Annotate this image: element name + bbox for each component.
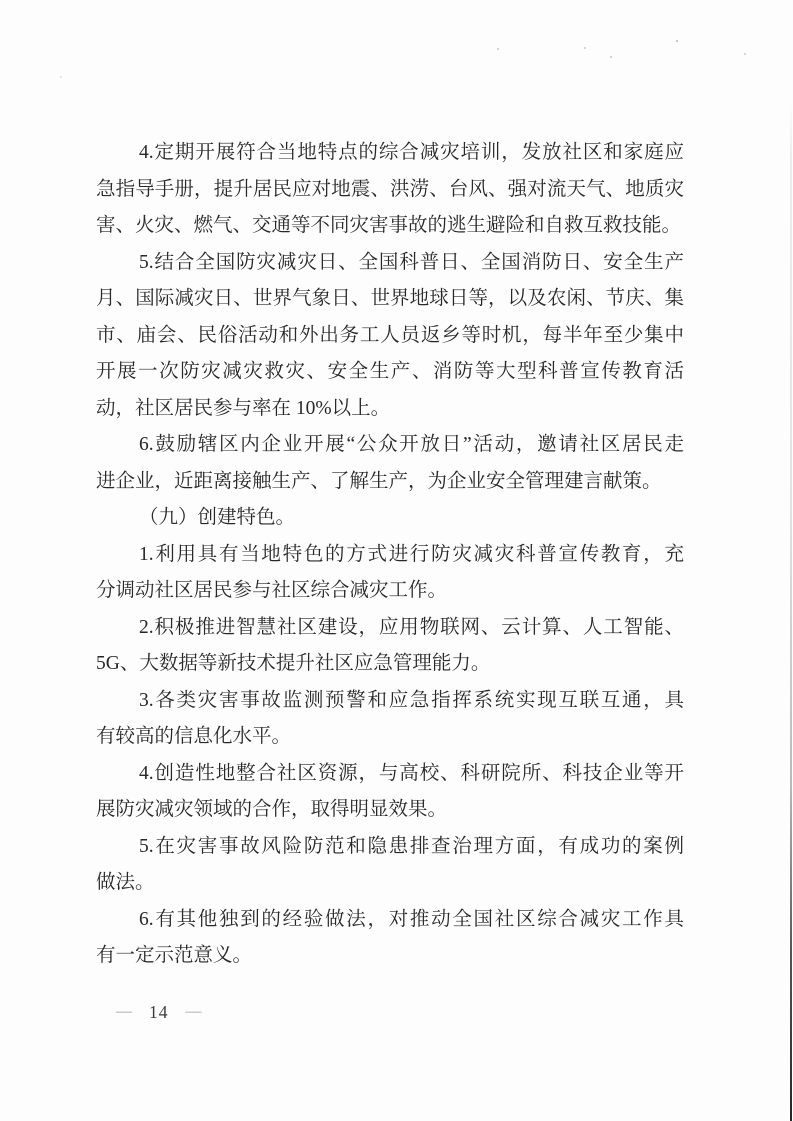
text-line: 分调动社区居民参与社区综合减灾工作。 <box>96 573 684 610</box>
text-line: 4.创造性地整合社区资源，与高校、科研院所、科技企业等开 <box>96 756 684 793</box>
text-line: 5.结合全国防灾减灾日、全国科普日、全国消防日、安全生产 <box>96 245 684 282</box>
text-line: 有较高的信息化水平。 <box>96 719 684 756</box>
paragraph: 6.有其他独到的经验做法，对推动全国社区综合减灾工作具有一定示范意义。 <box>96 902 684 975</box>
text-line: （九）创建特色。 <box>96 500 684 537</box>
paragraph: 6.鼓励辖区内企业开展“公众开放日”活动，邀请社区居民走进企业，近距离接触生产、… <box>96 427 684 500</box>
text-line: 6.鼓励辖区内企业开展“公众开放日”活动，邀请社区居民走 <box>96 427 684 464</box>
text-line: 有一定示范意义。 <box>96 938 684 975</box>
page-number: 14 <box>149 1000 169 1024</box>
page-footer: — 14 — <box>116 1000 202 1024</box>
paragraph: 5.在灾害事故风险防范和隐患排查治理方面，有成功的案例做法。 <box>96 829 684 902</box>
scan-speckle <box>610 56 612 58</box>
text-line: 动，社区居民参与率在 10%以上。 <box>96 391 684 428</box>
scan-speckle <box>60 76 62 78</box>
scan-speckle <box>584 47 586 49</box>
text-line: 开展一次防灾减灾救灾、安全生产、消防等大型科普宣传教育活 <box>96 354 684 391</box>
text-line: 4.定期开展符合当地特点的综合减灾培训，发放社区和家庭应 <box>96 135 684 172</box>
text-line: 5G、大数据等新技术提升社区应急管理能力。 <box>96 646 684 683</box>
paragraph: 4.定期开展符合当地特点的综合减灾培训，发放社区和家庭应急指导手册，提升居民应对… <box>96 135 684 245</box>
text-line: 害、火灾、燃气、交通等不同灾害事故的逃生避险和自救互救技能。 <box>96 208 684 245</box>
section-heading: （九）创建特色。 <box>96 500 684 537</box>
text-line: 展防灾减灾领域的合作，取得明显效果。 <box>96 792 684 829</box>
text-line: 5.在灾害事故风险防范和隐患排查治理方面，有成功的案例 <box>96 829 684 866</box>
text-line: 1.利用具有当地特色的方式进行防灾减灾科普宣传教育，充 <box>96 537 684 574</box>
paragraph: 4.创造性地整合社区资源，与高校、科研院所、科技企业等开展防灾减灾领域的合作，取… <box>96 756 684 829</box>
text-line: 2.积极推进智慧社区建设，应用物联网、云计算、人工智能、 <box>96 610 684 647</box>
text-line: 进企业，近距离接触生产、了解生产，为企业安全管理建言献策。 <box>96 464 684 501</box>
footer-right-dash: — <box>186 1000 202 1024</box>
text-line: 6.有其他独到的经验做法，对推动全国社区综合减灾工作具 <box>96 902 684 939</box>
scan-speckle <box>676 40 678 42</box>
paragraph: 3.各类灾害事故监测预警和应急指挥系统实现互联互通，具有较高的信息化水平。 <box>96 683 684 756</box>
scan-edge-shadow <box>790 0 792 1121</box>
paragraph: 2.积极推进智慧社区建设，应用物联网、云计算、人工智能、5G、大数据等新技术提升… <box>96 610 684 683</box>
text-line: 月、国际减灾日、世界气象日、世界地球日等，以及农闲、节庆、集 <box>96 281 684 318</box>
scan-speckle <box>744 53 746 55</box>
paragraph: 1.利用具有当地特色的方式进行防灾减灾科普宣传教育，充分调动社区居民参与社区综合… <box>96 537 684 610</box>
text-line: 做法。 <box>96 865 684 902</box>
footer-left-dash: — <box>116 1000 132 1024</box>
text-line: 3.各类灾害事故监测预警和应急指挥系统实现互联互通，具 <box>96 683 684 720</box>
text-line: 急指导手册，提升居民应对地震、洪涝、台风、强对流天气、地质灾 <box>96 172 684 209</box>
document-body: 4.定期开展符合当地特点的综合减灾培训，发放社区和家庭应急指导手册，提升居民应对… <box>96 135 684 975</box>
paragraph: 5.结合全国防灾减灾日、全国科普日、全国消防日、安全生产月、国际减灾日、世界气象… <box>96 245 684 428</box>
scan-speckle <box>497 48 499 50</box>
text-line: 市、庙会、民俗活动和外出务工人员返乡等时机，每半年至少集中 <box>96 318 684 355</box>
scanned-document-page: { "page": { "background_color": "#fdfdfd… <box>0 0 793 1121</box>
